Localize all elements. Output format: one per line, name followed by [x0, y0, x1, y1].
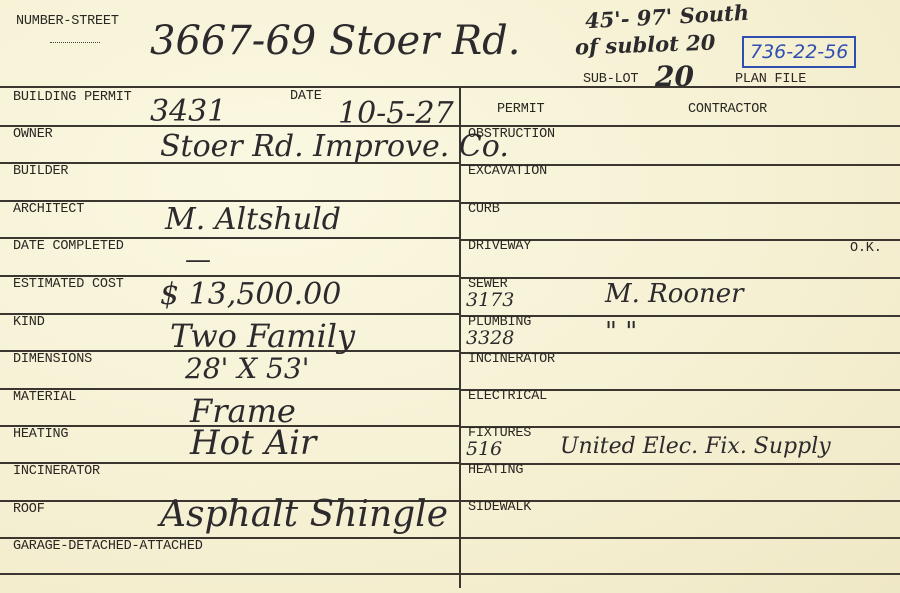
- field-label: DATE COMPLETED: [13, 239, 124, 254]
- right-row-rule: [461, 463, 900, 465]
- number-street-value: 3667-69 Stoer Rd.: [150, 18, 520, 64]
- field-label: DIMENSIONS: [13, 352, 92, 367]
- field-label: HEATING: [13, 427, 68, 442]
- permit-type-label: SIDEWALK: [468, 500, 531, 515]
- contractor-value: " ": [605, 317, 637, 347]
- field-label: BUILDING PERMIT: [13, 90, 132, 105]
- left-row-rule: [0, 573, 459, 575]
- permit-type-label: DRIVEWAY: [468, 239, 531, 254]
- header-rule: [0, 86, 900, 88]
- permit-type-label: OBSTRUCTION: [468, 127, 555, 142]
- contractor-value: O.K.: [850, 241, 882, 256]
- contractor-value: United Elec. Fix. Supply: [560, 434, 831, 459]
- building-permit-card: NUMBER-STREET 3667-69 Stoer Rd. 45'- 97'…: [0, 0, 900, 593]
- field-label: GARAGE-DETACHED-ATTACHED: [13, 539, 203, 554]
- permit-number: 3328: [466, 327, 514, 349]
- sub-lot-value: 20: [655, 60, 694, 93]
- field-label: INCINERATOR: [13, 464, 100, 479]
- field-value: 28' X 53': [185, 352, 309, 385]
- field-label: ROOF: [13, 502, 45, 517]
- right-row-rule: [461, 537, 900, 539]
- field-label: ESTIMATED COST: [13, 277, 124, 292]
- field-label: MATERIAL: [13, 390, 76, 405]
- permit-header: PERMIT: [497, 102, 544, 117]
- date-value: 10-5-27: [338, 96, 454, 131]
- permit-number: 3173: [466, 289, 514, 311]
- permit-type-label: INCINERATOR: [468, 352, 555, 367]
- date-label: DATE: [290, 89, 322, 104]
- dotted-leader: [50, 42, 100, 43]
- contractor-header: CONTRACTOR: [688, 102, 767, 117]
- right-row-rule: [461, 202, 900, 204]
- field-value: Stoer Rd. Improve. Co.: [160, 129, 509, 164]
- permit-type-label: HEATING: [468, 463, 523, 478]
- permit-number: 516: [466, 438, 502, 460]
- permit-type-label: EXCAVATION: [468, 164, 547, 179]
- location-note-line2: of sublot 20: [575, 30, 716, 60]
- field-label: KIND: [13, 315, 45, 330]
- right-row-rule: [461, 573, 900, 575]
- field-value: Hot Air: [190, 423, 316, 463]
- field-label: ARCHITECT: [13, 202, 84, 217]
- field-value: —: [185, 245, 211, 275]
- sub-lot-label: SUB-LOT: [583, 72, 638, 87]
- plan-file-stamp: 736-22-56: [742, 36, 856, 68]
- building-permit-number: 3431: [150, 94, 226, 129]
- field-value: $ 13,500.00: [160, 277, 341, 312]
- field-value: M. Altshuld: [165, 202, 341, 237]
- plan-file-label: PLAN FILE: [735, 72, 806, 87]
- left-row-rule: [0, 313, 459, 315]
- field-label: OWNER: [13, 127, 53, 142]
- contractor-value: M. Rooner: [605, 279, 744, 309]
- field-value: Asphalt Shingle: [160, 494, 448, 535]
- field-value: Two Family: [170, 317, 355, 355]
- number-street-label: NUMBER-STREET: [16, 14, 119, 29]
- permit-type-label: ELECTRICAL: [468, 389, 547, 404]
- field-label: BUILDER: [13, 164, 68, 179]
- location-note-line1: 45'- 97' South: [584, 0, 749, 33]
- permit-type-label: CURB: [468, 202, 500, 217]
